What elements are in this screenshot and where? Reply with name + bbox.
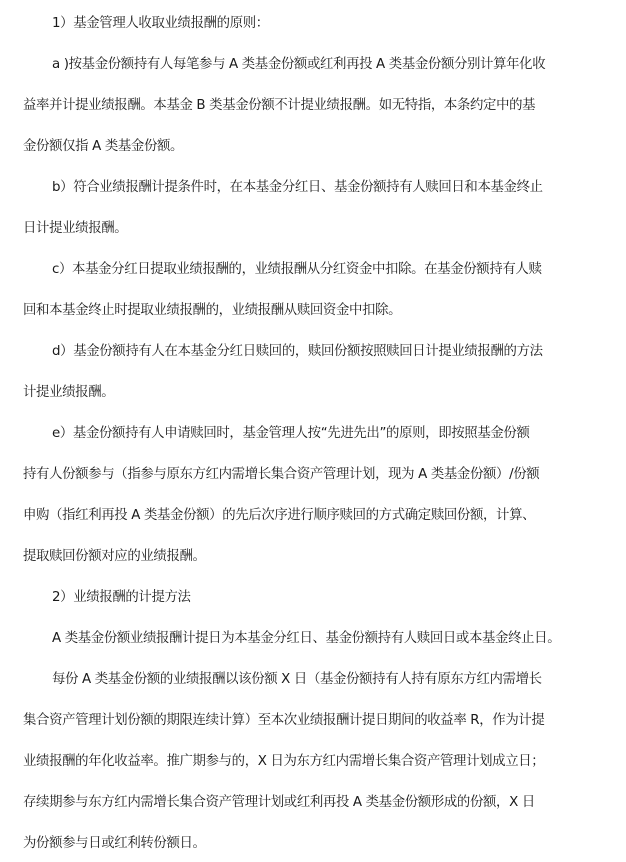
clause-e-line-3: 申购（指红利再投 A 类基金份额）的先后次序进行顺序赎回的方式确定赎回份额，计算…	[23, 506, 579, 526]
clause-e-line-2: 持有人份额参与（指参与原东方红内需增长集合资产管理计划，现为 A 类基金份额）/…	[23, 465, 579, 485]
section-2-para-2-line-4: 存续期参与东方红内需增长集合资产管理计划或红利再投 A 类基金份额形成的份额，X…	[23, 793, 579, 813]
clause-d-line-2: 计提业绩报酬。	[23, 383, 579, 403]
section-2-heading: 2）业绩报酬的计提方法	[52, 588, 579, 608]
section-2-para-2-line-1: 每份 A 类基金份额的业绩报酬以该份额 X 日（基金份额持有人持有原东方红内需增…	[52, 670, 579, 690]
section-2-para-2-line-5: 为份额参与日或红利转份额日。	[23, 834, 579, 854]
clause-e-line-1: e）基金份额持有人申请赎回时，基金管理人按“先进先出”的原则，即按照基金份额	[52, 424, 579, 444]
section-1-heading: 1）基金管理人收取业绩报酬的原则：	[52, 14, 579, 34]
section-2-para-1: A 类基金份额业绩报酬计提日为本基金分红日、基金份额持有人赎回日或本基金终止日。	[52, 629, 579, 649]
clause-e-line-4: 提取赎回份额对应的业绩报酬。	[23, 547, 579, 567]
section-2-para-2-line-2: 集合资产管理计划份额的期限连续计算）至本次业绩报酬计提日期间的收益率 R，作为计…	[23, 711, 579, 731]
clause-c-line-2: 回和本基金终止时提取业绩报酬的，业绩报酬从赎回资金中扣除。	[23, 301, 579, 321]
clause-a-line-3: 金份额仅指 A 类基金份额。	[23, 137, 579, 157]
clause-b-line-2: 日计提业绩报酬。	[23, 219, 579, 239]
clause-a-line-2: 益率并计提业绩报酬。本基金 B 类基金份额不计提业绩报酬。如无特指，本条约定中的…	[23, 96, 579, 116]
clause-c-line-1: c）本基金分红日提取业绩报酬的，业绩报酬从分红资金中扣除。在基金份额持有人赎	[52, 260, 579, 280]
clause-b-line-1: b）符合业绩报酬计提条件时，在本基金分红日、基金份额持有人赎回日和本基金终止	[52, 178, 579, 198]
clause-a-line-1: a )按基金份额持有人每笔参与 A 类基金份额或红利再投 A 类基金份额分别计算…	[52, 55, 579, 75]
clause-d-line-1: d）基金份额持有人在本基金分红日赎回的，赎回份额按照赎回日计提业绩报酬的方法	[52, 342, 579, 362]
document-page: 1）基金管理人收取业绩报酬的原则： a )按基金份额持有人每笔参与 A 类基金份…	[0, 0, 626, 862]
section-2-para-2-line-3: 业绩报酬的年化收益率。推广期参与的，X 日为东方红内需增长集合资产管理计划成立日…	[23, 752, 579, 772]
